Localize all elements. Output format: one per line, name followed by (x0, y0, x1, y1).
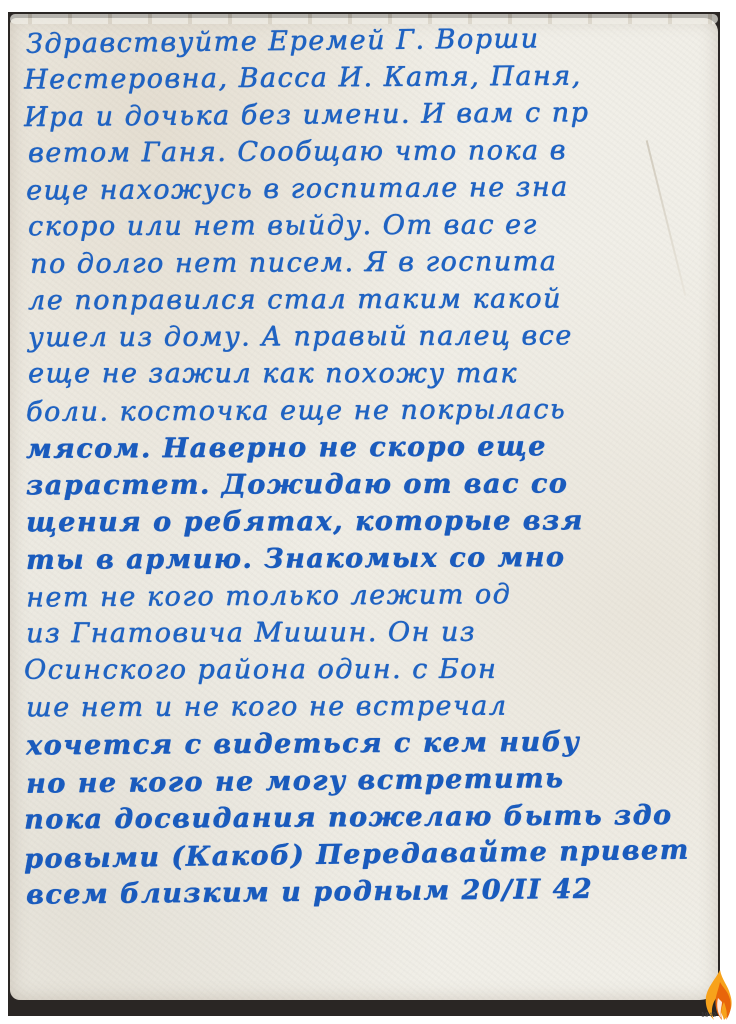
handwritten-line: зарастет. Дожидаю от вас со (24, 465, 724, 504)
handwritten-line: Здравствуйте Еремей Г. Ворши (24, 18, 724, 62)
handwritten-line: щения о ребятах, которые взя (24, 502, 724, 541)
handwritten-line: ветом Ганя. Сообщаю что пока в (24, 131, 724, 172)
letter-body: Здравствуйте Еремей Г. ВоршиНестеровна, … (24, 22, 724, 910)
handwritten-line: по долго нет писем. Я в госпита (24, 242, 724, 283)
handwritten-line: из Гнатовича Мишин. Он из (24, 613, 724, 652)
handwritten-line: ушел из дому. А правый палец все (24, 317, 724, 356)
handwritten-line: ле поправился стал таким какой (24, 280, 724, 319)
handwritten-line: боли. косточка еще не покрылась (24, 390, 724, 431)
handwritten-line: Осинского района один. с Бон (24, 650, 724, 688)
handwritten-line: всем близким и родным 20/II 42 (24, 869, 724, 913)
handwritten-line: но не кого не могу встретить (24, 758, 724, 802)
document-scan: Здравствуйте Еремей Г. ВоршиНестеровна, … (0, 0, 736, 1024)
handwritten-line: Ира и дочька без имени. И вам с пр (24, 93, 724, 136)
handwritten-line: ше нет и не кого не встречал (24, 687, 724, 726)
watermark-caption: 1942 (701, 1012, 716, 1019)
handwritten-line: хочется с видеться с кем нибу (24, 723, 724, 765)
handwritten-line: нет не кого только лежит од (24, 575, 724, 617)
handwritten-line: еще нахожусь в госпитале не зна (24, 168, 724, 210)
handwritten-line: еще не зажил как похожу так (24, 355, 724, 392)
handwritten-line: Нестеровна, Васса И. Катя, Паня, (24, 57, 724, 99)
handwritten-line: мясом. Наверно не скоро еще (24, 427, 724, 468)
handwritten-line: ты в армию. Знакомых со мно (24, 538, 724, 579)
handwritten-line: скоро или нет выйду. От вас ег (24, 206, 724, 245)
